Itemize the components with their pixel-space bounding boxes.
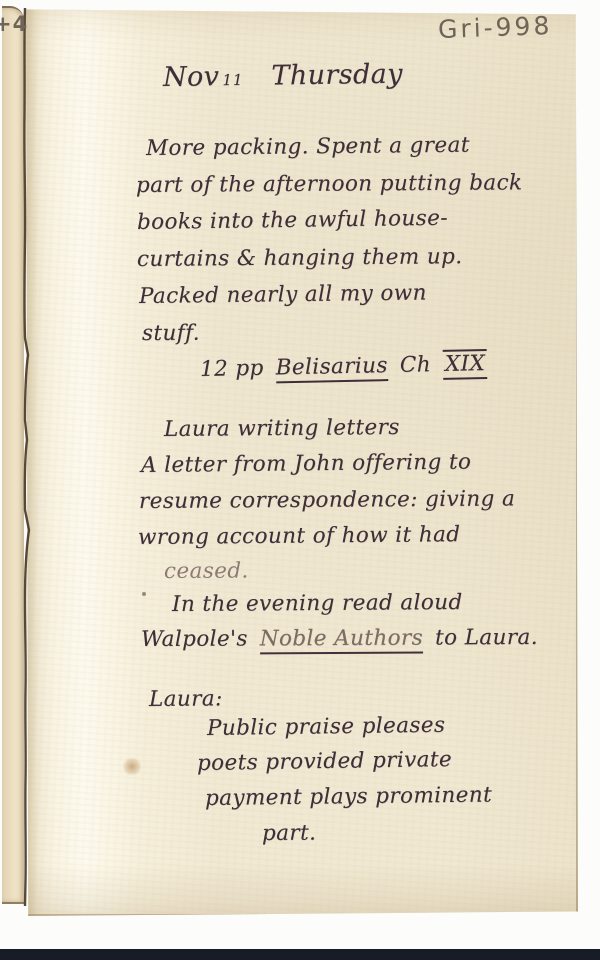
diary-line: books into the awful house-: [137, 206, 448, 235]
torn-edge: [16, 8, 32, 906]
reading-log-line: 12 ppBelisariusChXIX: [200, 351, 488, 382]
diary-line: stuff.: [142, 321, 200, 346]
diary-line: resume correspondence: giving a: [139, 486, 515, 514]
book-author: Walpole's: [141, 626, 248, 652]
scanner-dark-strip: [0, 949, 600, 960]
entry-day: 11: [222, 71, 243, 89]
quote-line: Public praise pleases: [207, 713, 446, 741]
book-title-underlined: Belisarius: [275, 353, 388, 383]
evening-book-line: Walpole'sNoble Authorsto Laura.: [141, 625, 538, 652]
corner-mark: +4: [0, 12, 28, 36]
pencil-dot: [142, 592, 146, 596]
paper-speck: [222, 921, 226, 924]
book-title-underlined: Noble Authors: [260, 626, 423, 655]
entry-month: Nov: [163, 61, 220, 93]
diary-line: Packed nearly all my own: [139, 280, 427, 309]
entry-date: Nov11Thursday: [163, 59, 403, 93]
diary-line: wrong account of how it had: [138, 522, 461, 550]
diary-line: In the evening read aloud: [172, 590, 463, 617]
chapter-roman-numeral: XIX: [443, 349, 488, 380]
archive-code: Gri-998: [438, 11, 553, 44]
diary-line: Laura writing letters: [164, 415, 400, 442]
diary-line: ceased.: [164, 559, 249, 584]
diary-line: part of the afternoon putting back: [136, 170, 523, 198]
entry-weekday: Thursday: [271, 59, 403, 92]
quote-line: part.: [262, 821, 317, 846]
diary-line: A letter from John offering to: [141, 450, 472, 478]
quote-line: poets provided private: [197, 747, 452, 776]
diary-line: curtains & hanging them up.: [137, 244, 463, 272]
scanned-diary-page: +4 Gri-998 Nov11Thursday More packing. S…: [0, 0, 600, 960]
diary-line: More packing. Spent a great: [146, 133, 470, 161]
chapter-label: Ch: [400, 352, 432, 378]
pages-count: 12 pp: [200, 356, 264, 382]
speaker-label: Laura:: [149, 686, 223, 712]
paper-speck: [194, 919, 199, 922]
line-suffix: to Laura.: [435, 625, 538, 651]
stain-spot: [122, 758, 142, 775]
quote-line: payment plays prominent: [205, 782, 492, 811]
